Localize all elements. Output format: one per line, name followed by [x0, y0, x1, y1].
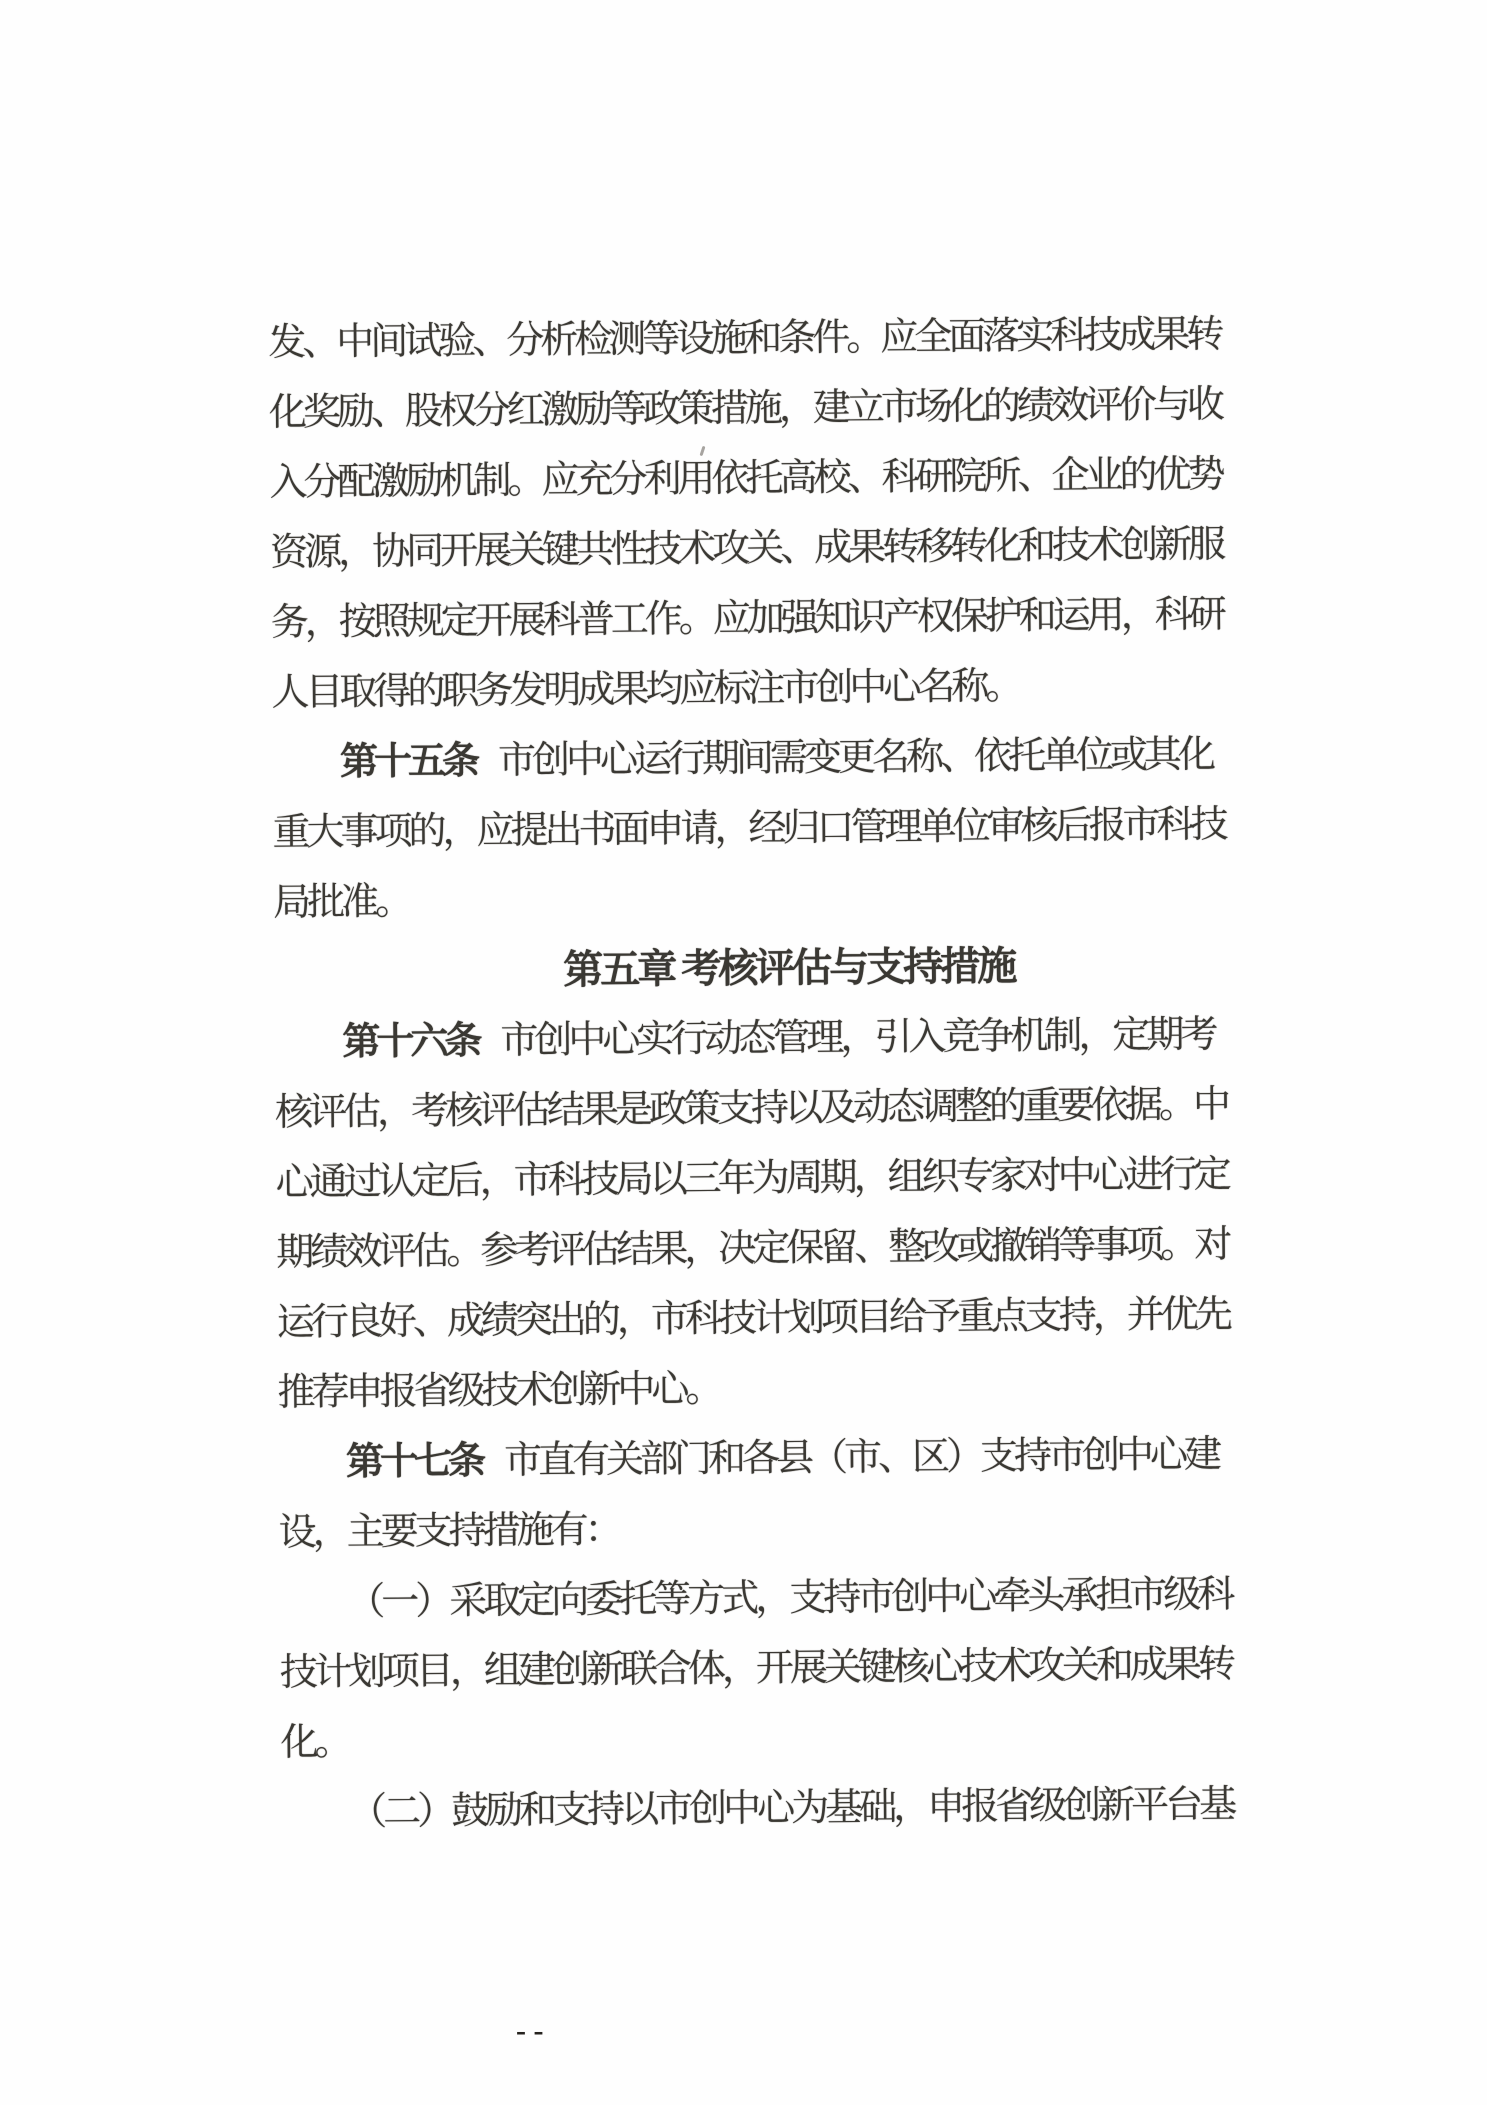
article-number: 第十七条 — [346, 1440, 482, 1483]
article-line-15: 第十五条市创中心运行期间需变更名称、依托单位或其化 — [272, 720, 1233, 798]
page-number-marker: - - — [516, 2016, 543, 2046]
body-text-line: 推荐申报省级技术创新中心。 — [277, 1350, 1238, 1428]
body-text-line: 入分配激励机制。应充分利用依托高校、科研院所、企业的优势 — [269, 440, 1230, 518]
article-text: 市创中心实行动态管理，引入竞争机制，定期考 — [500, 1014, 1214, 1062]
article-text: 市直有关部门和各县（市、区）支持市创中心建 — [504, 1434, 1218, 1482]
list-item-line-1: （一）采取定向委托等方式，支持市创中心牵头承担市级科 — [279, 1560, 1240, 1638]
body-text-line: 重大事项的，应提出书面申请，经归口管理单位审核后报市科技 — [272, 790, 1233, 868]
body-text-line: 设，主要支持措施有： — [278, 1490, 1239, 1568]
body-text-line: 化奖励、股权分红激励等政策措施，建立市场化的绩效评价与收 — [269, 370, 1230, 448]
body-text-line: 化。 — [280, 1700, 1241, 1778]
body-text-line: 人目取得的职务发明成果均应标注市创中心名称。 — [271, 650, 1232, 728]
body-text-line: 发、中间试验、分析检测等设施和条件。应全面落实科技成果转 — [268, 300, 1229, 378]
document-text-block: 发、中间试验、分析检测等设施和条件。应全面落实科技成果转 化奖励、股权分红激励等… — [268, 300, 1241, 1848]
article-number: 第十五条 — [340, 740, 476, 783]
body-text-line: 运行良好、成绩突出的，市科技计划项目给予重点支持，并优先 — [277, 1280, 1238, 1358]
article-text: 市创中心运行期间需变更名称、依托单位或其化 — [498, 734, 1212, 782]
body-text-line: 心通过认定后，市科技局以三年为周期，组织专家对中心进行定 — [275, 1140, 1236, 1218]
chapter-heading: 第五章 考核评估与支持措施 — [273, 930, 1234, 1008]
body-text-line: 务，按照规定开展科普工作。应加强知识产权保护和运用，科研 — [270, 580, 1231, 658]
body-text-line: 局批准。 — [273, 860, 1234, 938]
body-text-line: 核评估，考核评估结果是政策支持以及动态调整的重要依据。中 — [275, 1070, 1236, 1148]
article-number: 第十六条 — [342, 1020, 478, 1063]
body-text-line: 技计划项目，组建创新联合体，开展关键核心技术攻关和成果转 — [280, 1630, 1241, 1708]
body-text-line: 期绩效评估。参考评估结果，决定保留、整改或撤销等事项。对 — [276, 1210, 1237, 1288]
article-line-17: 第十七条市直有关部门和各县（市、区）支持市创中心建 — [278, 1420, 1239, 1498]
body-text-line: 资源，协同开展关键共性技术攻关、成果转移转化和技术创新服 — [270, 510, 1231, 588]
article-line-16: 第十六条市创中心实行动态管理，引入竞争机制，定期考 — [274, 1000, 1235, 1078]
list-item-line-2: （二）鼓励和支持以市创中心为基础，申报省级创新平台基 — [281, 1770, 1242, 1848]
document-page: 发、中间试验、分析检测等设施和条件。应全面落实科技成果转 化奖励、股权分红激励等… — [0, 0, 1487, 2105]
